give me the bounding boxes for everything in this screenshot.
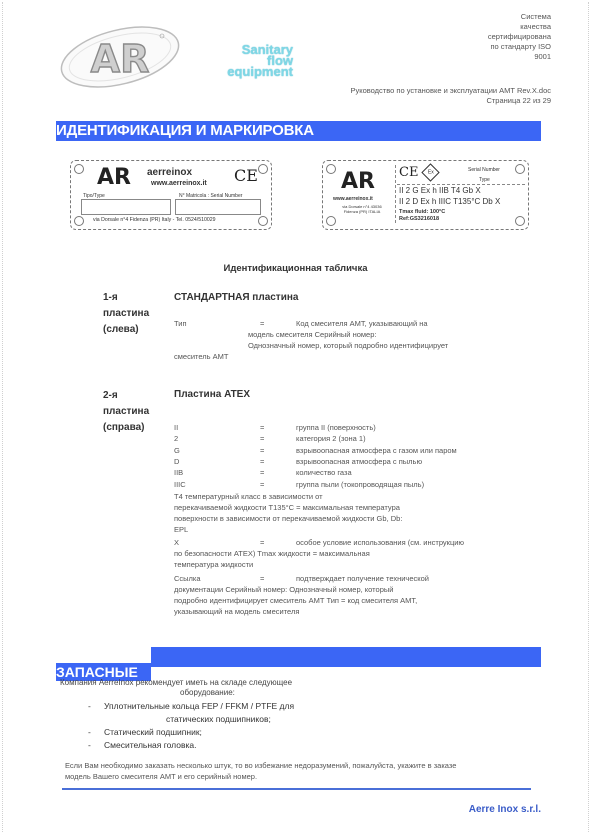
- ce-mark-icon: CE: [399, 165, 418, 180]
- screw-icon: [326, 216, 336, 226]
- atex-ref-row: Ссылка = подтверждает получение техничес…: [174, 573, 494, 584]
- atex-plate-image: AR www.aerreinox.it via Dorsale n°4 4303…: [322, 160, 529, 230]
- atex-code-row: IIIC=группа пыли (токопроводящая пыль): [174, 479, 494, 490]
- screw-icon: [326, 164, 336, 174]
- screw-icon: [258, 216, 268, 226]
- footer-company: Aerre Inox s.r.l.: [469, 804, 541, 815]
- section-heading-identification: ИДЕНТИФИКАЦИЯ И МАРКИРОВКА: [56, 121, 541, 141]
- page-number: Страница 22 из 29: [350, 96, 551, 106]
- standard-plate-image: AR aerreinox www.aerreinox.it CE Tipo/Ty…: [70, 160, 272, 230]
- screw-icon: [74, 216, 84, 226]
- ex-mark-icon: Ex: [421, 163, 439, 181]
- plate-divider: [395, 165, 397, 223]
- atex-marking-gas: II 2 G Ex h IIB T4 Gb X: [399, 186, 481, 195]
- quality-certification: Система качества сертифицирована по стан…: [488, 12, 551, 62]
- svg-text:AR: AR: [91, 37, 150, 81]
- plate2-title: Пластина ATEX: [174, 389, 250, 400]
- spares-intro: Компания AerreInox рекомендует иметь на …: [60, 678, 292, 698]
- atex-code-row: G=взрывоопасная атмосфера с газом или па…: [174, 445, 494, 456]
- serial-field-box: [175, 199, 261, 215]
- atex-code-row: D=взрывоопасная атмосфера с пылью: [174, 456, 494, 467]
- figure-caption: Идентификационная табличка: [0, 263, 591, 274]
- atex-code-row: 2=категория 2 (зона 1): [174, 433, 494, 444]
- type-field-box: [81, 199, 171, 215]
- tagline: Sanitary flow equipment: [183, 44, 293, 77]
- list-item: Статический подшипник;: [88, 726, 294, 739]
- plate1-type-row: Тип = Код смесителя AMT, указывающий на: [174, 318, 494, 329]
- section-heading-bar: [151, 647, 541, 667]
- aerreinox-logo: AR: [58, 22, 188, 88]
- screw-icon: [74, 164, 84, 174]
- spare-parts-list: Уплотнительные кольца FEP / FFKM / PTFE …: [88, 700, 294, 752]
- plate-logo: AR: [97, 165, 131, 190]
- plate-logo: AR: [341, 169, 375, 194]
- screw-icon: [515, 216, 525, 226]
- manual-header: Руководство по установке и эксплуатации …: [350, 86, 551, 106]
- atex-marking-dust: II 2 D Ex h IIIC T135°C Db X: [399, 197, 500, 206]
- atex-x-row: X = особое условие использования (см. ин…: [174, 537, 494, 548]
- atex-code-row: II=группа II (поверхность): [174, 422, 494, 433]
- screw-icon: [515, 164, 525, 174]
- plate-brand: aerreinox: [147, 167, 192, 178]
- footer-divider: [62, 788, 531, 790]
- manual-title: Руководство по установке и эксплуатации …: [350, 86, 551, 96]
- list-item: Уплотнительные кольца FEP / FFKM / PTFE …: [88, 700, 294, 726]
- atex-code-row: IIB=количество газа: [174, 467, 494, 478]
- plate2-label: 2-я пластина (справа): [103, 388, 149, 436]
- list-item: Смесительная головка.: [88, 739, 294, 752]
- order-note: Если Вам необходимо заказать несколько ш…: [65, 760, 456, 782]
- plate1-label: 1-я пластина (слева): [103, 290, 149, 338]
- plate1-title: СТАНДАРТНАЯ пластина: [174, 292, 298, 303]
- screw-icon: [258, 164, 268, 174]
- plate-url: www.aerreinox.it: [151, 180, 207, 187]
- ce-mark-icon: CE: [234, 166, 258, 185]
